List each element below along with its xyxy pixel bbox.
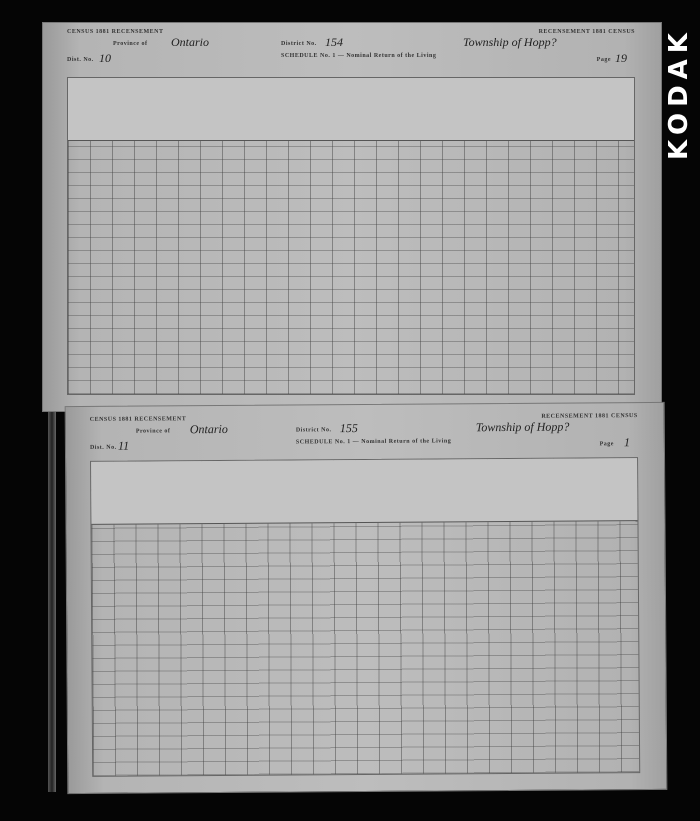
census-page-bottom: CENSUS 1881 RECENSEMENT RECENSEMENT 1881…	[65, 402, 668, 794]
page-header: CENSUS 1881 RECENSEMENT RECENSEMENT 1881…	[66, 403, 664, 455]
census-table	[67, 77, 635, 395]
page-value: 19	[615, 51, 627, 66]
page-header: CENSUS 1881 RECENSEMENT RECENSEMENT 1881…	[43, 23, 661, 71]
page-label: Page	[600, 441, 614, 447]
table-column-headers	[91, 458, 637, 525]
form-title-left: CENSUS 1881 RECENSEMENT	[67, 29, 164, 35]
district-label: District No.	[296, 427, 332, 433]
province-value: Ontario	[190, 422, 228, 437]
page-label: Page	[597, 57, 611, 63]
province-label: Province of	[136, 428, 171, 434]
schedule-label: SCHEDULE No. 1 — Nominal Return of the L…	[281, 53, 436, 59]
page-value: 1	[624, 435, 630, 450]
kodak-film-marker: KODAK	[664, 4, 694, 184]
enumeration-value: 10	[99, 51, 111, 66]
district-value: 154	[325, 35, 343, 50]
province-label: Province of	[113, 41, 148, 47]
census-table	[90, 457, 640, 777]
schedule-label: SCHEDULE No. 1 — Nominal Return of the L…	[296, 438, 451, 445]
table-column-headers	[68, 78, 634, 141]
district-label: District No.	[281, 41, 317, 47]
subdistrict-value: Township of Hopp?	[463, 35, 557, 50]
enumeration-label: Dist. No.	[90, 445, 117, 451]
district-value: 155	[340, 421, 358, 436]
province-value: Ontario	[171, 35, 209, 50]
enumeration-label: Dist. No.	[67, 57, 94, 63]
enumeration-value: 11	[118, 439, 129, 454]
subdistrict-value: Township of Hopp?	[476, 420, 570, 436]
form-title-left: CENSUS 1881 RECENSEMENT	[90, 416, 187, 423]
census-page-top: CENSUS 1881 RECENSEMENT RECENSEMENT 1881…	[42, 22, 662, 412]
